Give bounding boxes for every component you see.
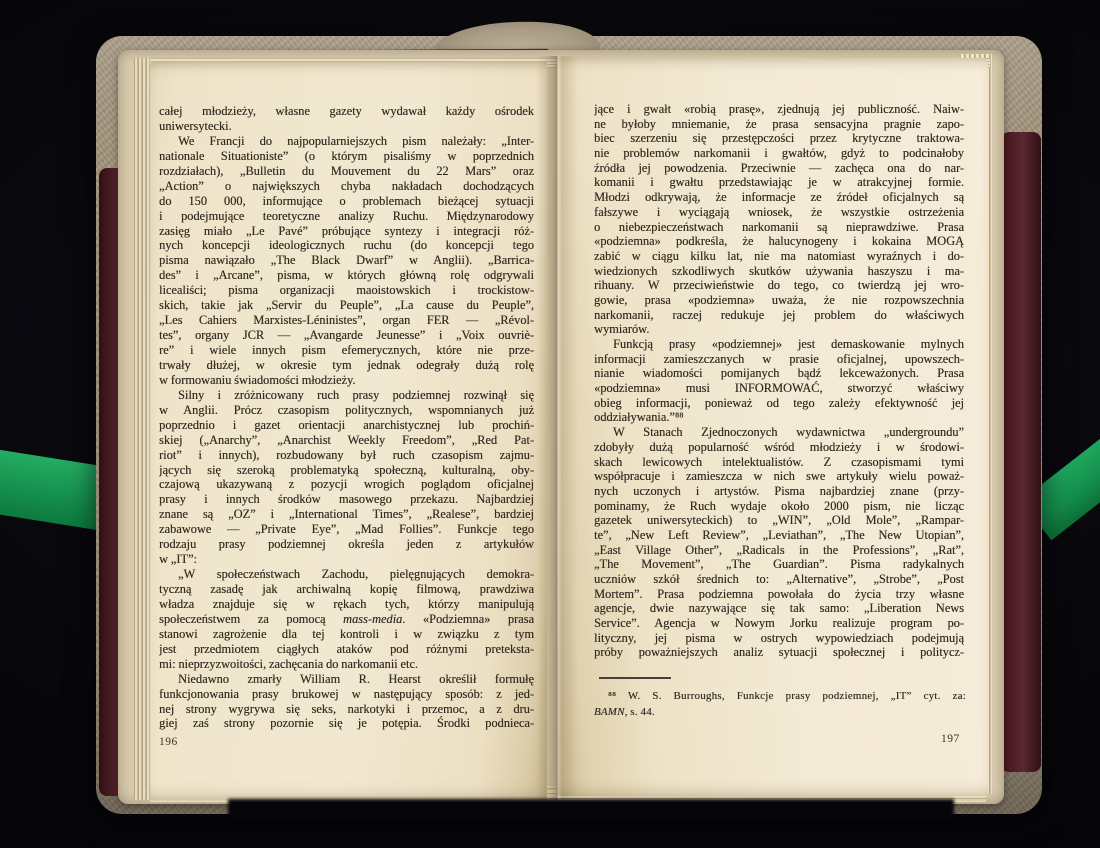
- text-line: o niebezpieczeństwach narkomanii są niep…: [594, 220, 964, 235]
- text-line: nych uczonych i artystów. Pisma najbardz…: [594, 484, 964, 499]
- text-line: pominamy, że Ruch wydaje około 2000 pism…: [594, 499, 964, 514]
- text-line: w Anglii. Prócz czasopism politycznych, …: [159, 403, 534, 418]
- text-line: W Stanach Zjednoczonych wydawnictwa „und…: [594, 425, 964, 440]
- text-line: fałszywe i wyciągają wniosek, że wszystk…: [594, 205, 964, 220]
- book-photo: całej młodzieży, własne gazety wydawał k…: [0, 0, 1100, 848]
- text-line: władza znajduje się w rękach tych, którz…: [159, 597, 534, 612]
- text-line: prasy i innych środków masowego przekazu…: [159, 492, 534, 507]
- text-line: We Francji do najpopularniejszych pism n…: [159, 134, 534, 149]
- text-line: trwały dłużej, w okresie tym jednak odeg…: [159, 358, 534, 373]
- page-number-left: 196: [159, 736, 178, 748]
- text-line: zabić w ciągu kilku lat, nie ma natomias…: [594, 249, 964, 264]
- bottom-shadow: [228, 799, 954, 821]
- text-line: całej młodzieży, własne gazety wydawał k…: [159, 104, 534, 119]
- text-line: oddziaływania.”⁸⁸: [594, 410, 964, 425]
- text-line: nej strony wygrywa się seks, narkotyki i…: [159, 702, 534, 717]
- text-line: jących się szeroką problematyką społeczn…: [159, 463, 534, 478]
- text-line: informacji zamieszczanych w prasie oficj…: [594, 352, 964, 367]
- text-line: ⁸⁸ W. S. Burroughs, Funkcje prasy podzie…: [594, 689, 966, 705]
- footnote-rule: [599, 677, 671, 679]
- text-line: skach lewicowych intelektualistów. Z cza…: [594, 455, 964, 470]
- text-line: znane są „OZ” i „International Times”, „…: [159, 507, 534, 522]
- text-line: w formowaniu świadomości młodzieży.: [159, 373, 534, 388]
- right-page-text: jące i gwałt «robią prasę», zjednują jej…: [594, 102, 964, 660]
- text-line: skich, takie jak „Servir du Peuple”, „La…: [159, 298, 534, 313]
- text-line: obieg informacji, ponieważ od tego zależ…: [594, 396, 964, 411]
- text-line: poprzednio i gazet orientacji anarchisty…: [159, 418, 534, 433]
- text-line: Mortem”. Prasa podziemna powołała do życ…: [594, 587, 964, 602]
- text-line: giej zaś strony pozornie się je potępia.…: [159, 716, 534, 731]
- text-line: gazetek uniwersyteckich) to „WIN”, „Old …: [594, 513, 964, 528]
- text-line: komanii i gwałtu przedstawiając je w atr…: [594, 175, 964, 190]
- text-line: „Action” o największych chyba nakładach …: [159, 179, 534, 194]
- text-line: jące i gwałt «robią prasę», zjednują jej…: [594, 102, 964, 117]
- text-line: źródła jej powodzenia. Przeciwnie — zach…: [594, 161, 964, 176]
- text-line: „W społeczeństwach Zachodu, pielęgnujący…: [159, 567, 534, 582]
- text-line: agencje, dwie nazywające się tak samo: „…: [594, 601, 964, 616]
- text-line: Młodzi odkrywają, że informacje ze źróde…: [594, 190, 964, 205]
- text-line: do 150 000, informujące o problemach bie…: [159, 194, 534, 209]
- text-line: nych koncepcji ideologicznych ruchu (do …: [159, 238, 534, 253]
- text-line: wiedzionych szkodliwych skutków używania…: [594, 264, 964, 279]
- text-line: zabawowe — „Private Eye”, „Mad Follies”.…: [159, 522, 534, 537]
- text-line: re” i wiele innych pism efemerycznych, k…: [159, 343, 534, 358]
- text-line: tyczną zasadę jak archiwalną kopię filmo…: [159, 582, 534, 597]
- text-line: gowie, prasa «podziemna» uważa, że nie r…: [594, 293, 964, 308]
- text-line: „Les Cahiers Marxistes-Léninistes”, orga…: [159, 313, 534, 328]
- text-line: Niedawno zmarły William R. Hearst określ…: [159, 672, 534, 687]
- text-line: lityczny, jej pisma w ostrych wypowiedzi…: [594, 631, 964, 646]
- text-line: te”, „New Left Review”, „Leviathan”, „Th…: [594, 528, 964, 543]
- text-line: «podziemna» podkreśla, że halucynogeny i…: [594, 234, 964, 249]
- text-line: Funkcją prasy «podziemnej» jest demaskow…: [594, 337, 964, 352]
- text-line: „The Movement”, „The Guardian”. Pisma ra…: [594, 557, 964, 572]
- page-number-right: 197: [941, 733, 960, 745]
- text-line: próby poważniejszych analiz sytuacji spo…: [594, 645, 964, 660]
- text-line: riot” i innych), rozbudowany był ruch cz…: [159, 448, 534, 463]
- text-line: biec szerzeniu się przestępczości przez …: [594, 131, 964, 146]
- text-line: rodzaju prasy podziemnej określa jeden z…: [159, 537, 534, 552]
- text-line: «podziemna» musi INFORMOWAĆ, stworzyć wł…: [594, 381, 964, 396]
- text-line: zdobyły dużą popularność wśród młodzieży…: [594, 440, 964, 455]
- footnote-text: ⁸⁸ W. S. Burroughs, Funkcje prasy podzie…: [594, 689, 966, 720]
- text-line: wymiarów.: [594, 322, 964, 337]
- text-line: Silny i zróżnicowany ruch prasy podziemn…: [159, 388, 534, 403]
- text-line: pisma nawiązało „The Black Dwarf” w Angl…: [159, 253, 534, 268]
- text-line: funkcjonowania prasy brukowej w następuj…: [159, 687, 534, 702]
- text-line: ne byłoby mniemanie, że prasa sensacyjna…: [594, 117, 964, 132]
- text-line: i podejmujące teoretyczne analizy Ruchu.…: [159, 209, 534, 224]
- left-page-text: całej młodzieży, własne gazety wydawał k…: [159, 104, 534, 731]
- text-line: współpracuje i zamieszcza w nich swe art…: [594, 469, 964, 484]
- text-line: skiej („Anarchy”, „Anarchist Weekly Free…: [159, 433, 534, 448]
- text-line: zasięg miało „Le Pavé” próbujące syntezy…: [159, 224, 534, 239]
- text-line: jest przedmiotem ciągłych ataków pod róż…: [159, 642, 534, 657]
- text-line: mi: nieprzyzwoitości, zachęcania do nark…: [159, 657, 534, 672]
- text-line: uniwersytecki.: [159, 119, 534, 134]
- text-line: Service”. Agencja w Nowym Jorku realizuj…: [594, 616, 964, 631]
- text-line: nianie wiadomości pomijanych bądź lekcew…: [594, 366, 964, 381]
- text-line: społeczeństwem za pomocą mass-media. «Po…: [159, 612, 534, 627]
- text-line: rihuany. W przeciwieństwie do tego, co t…: [594, 278, 964, 293]
- text-line: nationale Situationiste” (o którym pisal…: [159, 149, 534, 164]
- text-line: tes”, organy JCR — „Avangarde Jeunesse” …: [159, 328, 534, 343]
- text-line: stanowi zagrożenie dla tej kontroli i w …: [159, 627, 534, 642]
- text-line: licealiści; pisma organizacji maoistowsk…: [159, 283, 534, 298]
- text-line: czajową ukazywaną z pozycji wrogich pogl…: [159, 477, 534, 492]
- text-line: w „IT”:: [159, 552, 534, 567]
- text-line: narkomanii, raczej redukuje jej problem …: [594, 308, 964, 323]
- text-line: BAMN, s. 44.: [594, 705, 966, 721]
- text-line: uczniów szkół średnich to: „Alternative”…: [594, 572, 964, 587]
- text-line: „East Village Other”, „Radicals in the P…: [594, 543, 964, 558]
- text-line: rozdziałach), „Bulletin du Mouvement du …: [159, 164, 534, 179]
- text-line: des” i „Arcane”, pisma, w których główną…: [159, 268, 534, 283]
- cover-board-edge-right: [1001, 132, 1041, 772]
- text-line: nie problemów narkomanii i gwałtów, gdyż…: [594, 146, 964, 161]
